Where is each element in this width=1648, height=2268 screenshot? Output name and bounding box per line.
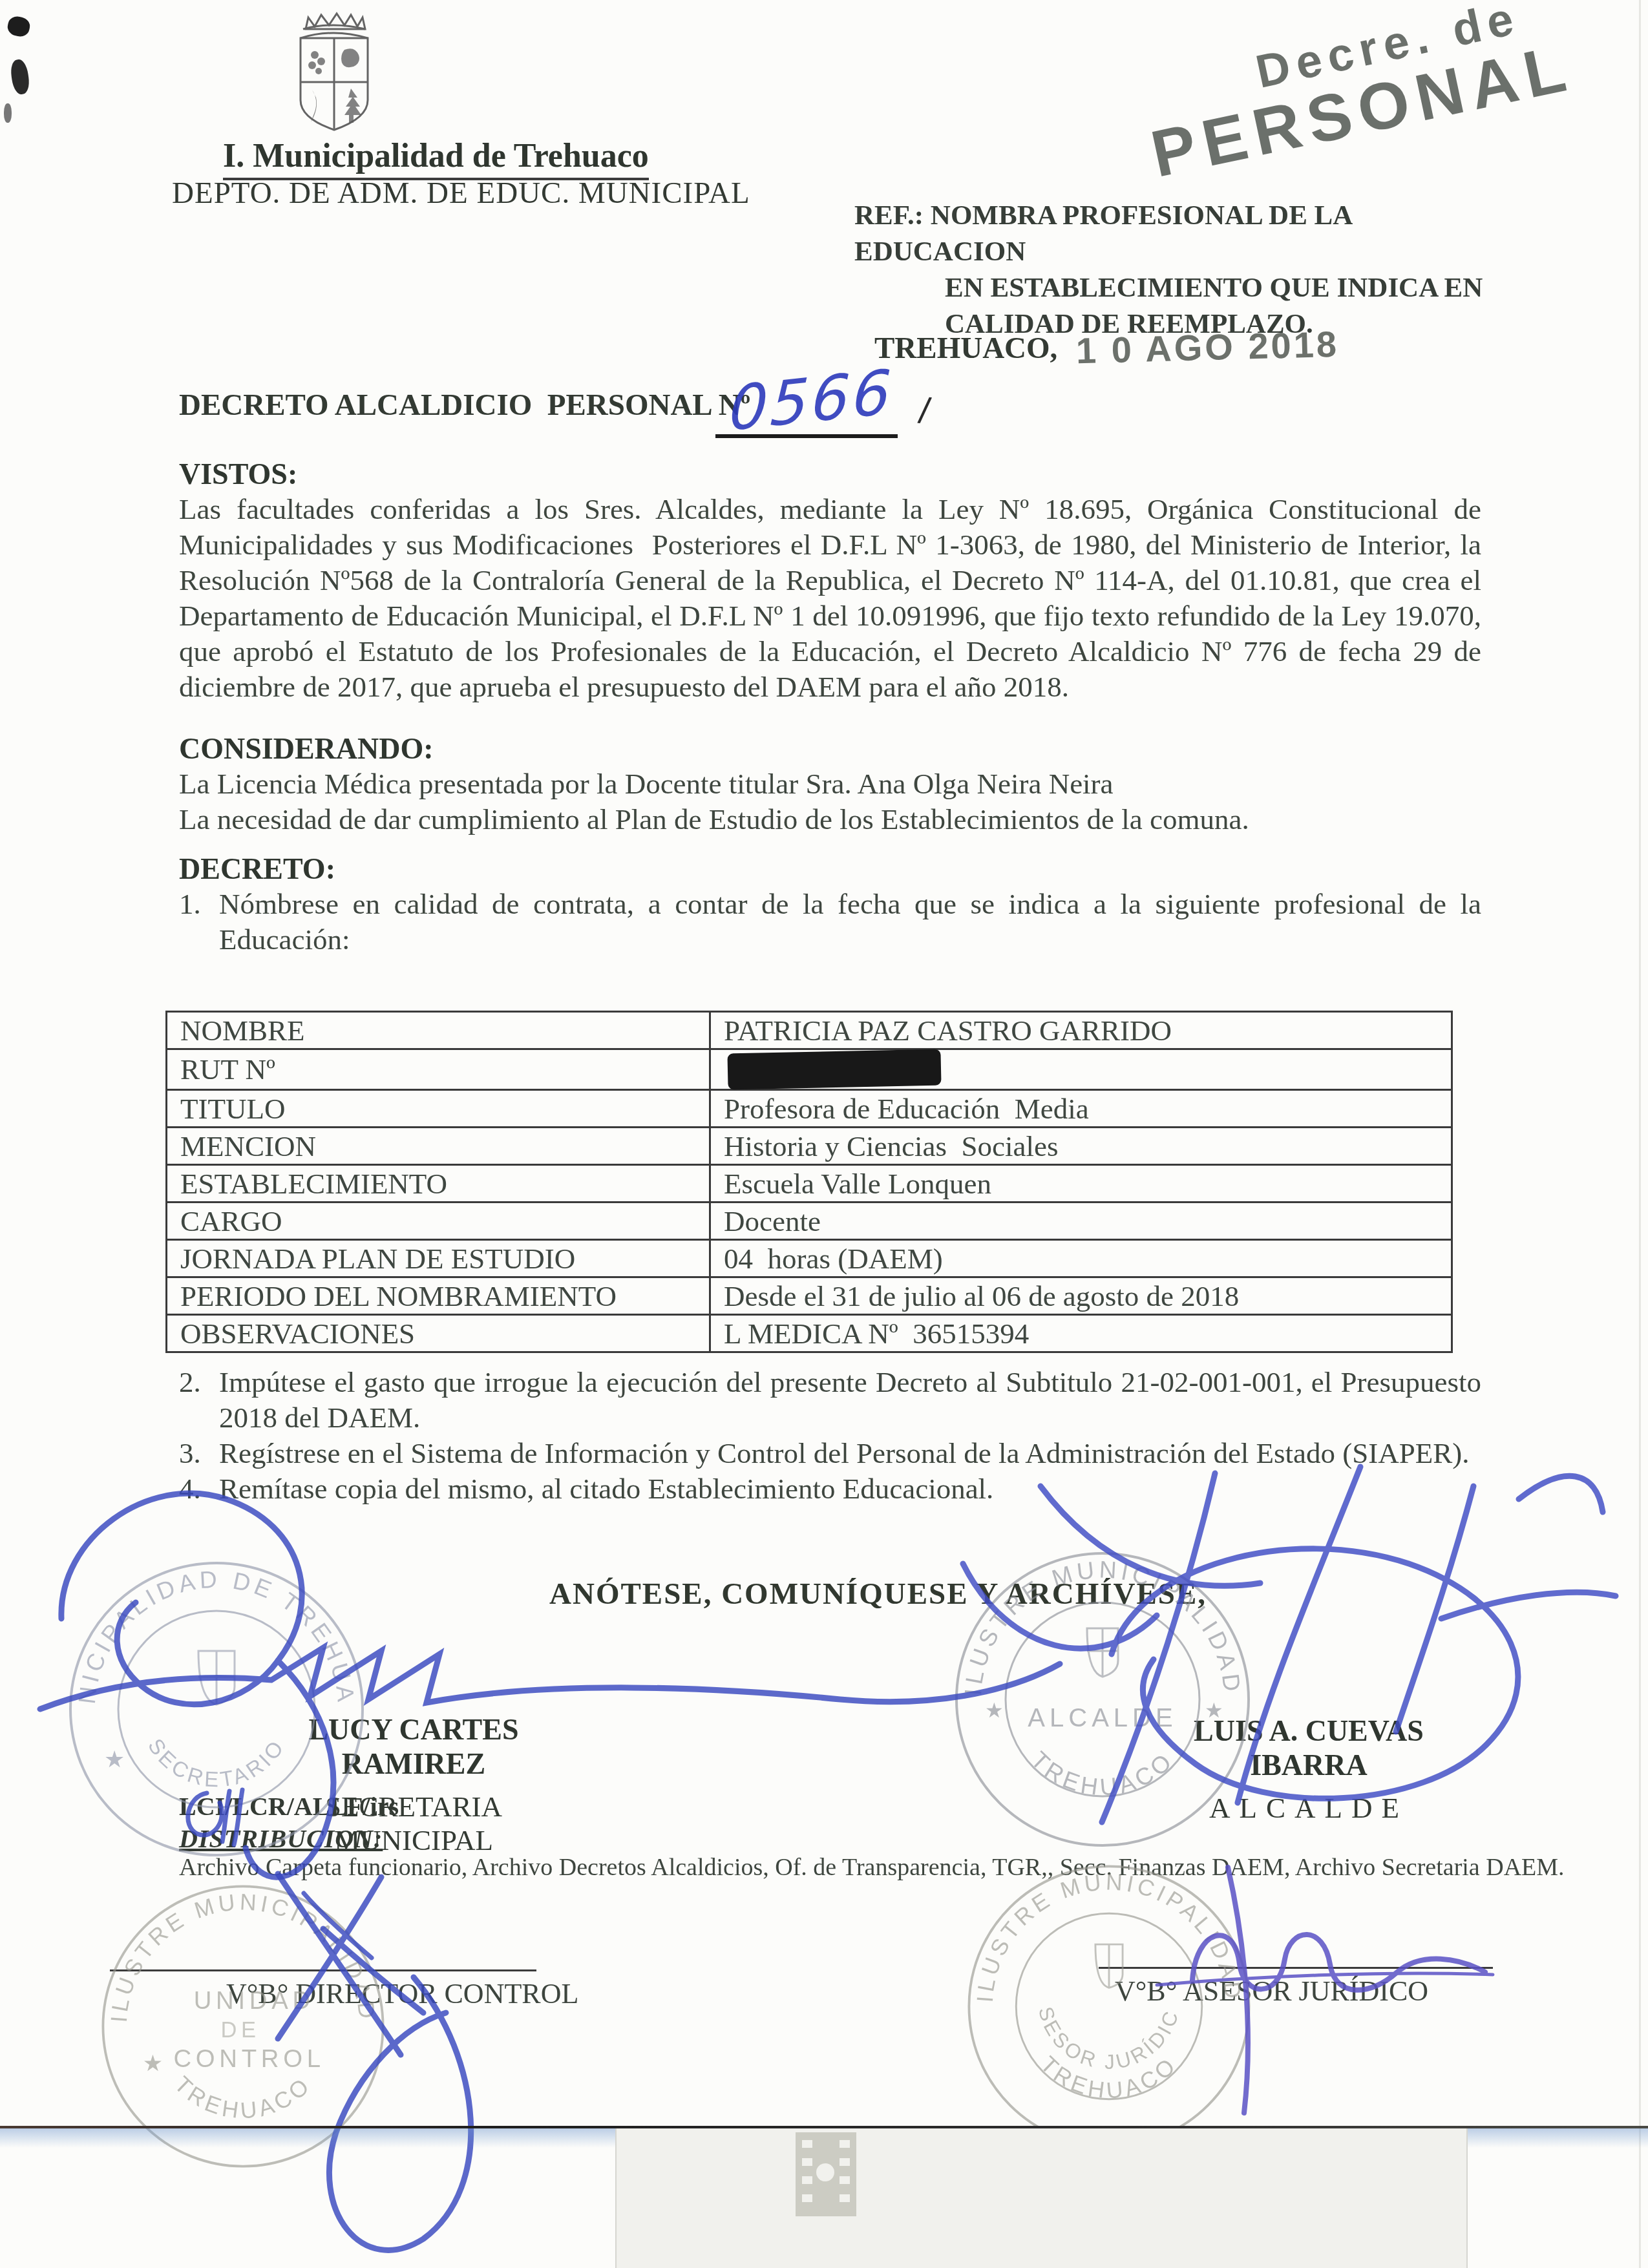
row-value: Escuela Valle Lonquen — [710, 1165, 1452, 1202]
row-label: MENCION — [167, 1128, 710, 1165]
personal-decree-ink-stamp: Decre. de PERSONAL — [1092, 0, 1623, 202]
item-number: 1. — [179, 887, 219, 958]
item-number: 3. — [179, 1436, 219, 1471]
star-icon: ★ — [104, 1747, 125, 1772]
ref-block: REF.: NOMBRA PROFESIONAL DE LA EDUCACION… — [854, 198, 1527, 342]
alcalde-round-stamp: ILUSTRE MUNICIPALIDAD TREHUACO ALCALDE ★… — [947, 1544, 1258, 1854]
decree-items: 2. Impútese el gasto que irrogue la ejec… — [179, 1365, 1481, 1507]
secretario-round-stamp: MUNICIPALIDAD DE TREHUACO SECRETARIO ★ — [61, 1554, 372, 1864]
stamp-arc-bottom: SECRETARIO — [143, 1734, 290, 1792]
row-label: CARGO — [167, 1202, 710, 1240]
decreto-item-2: 2. Impútese el gasto que irrogue la ejec… — [179, 1365, 1481, 1436]
star-icon: ★ — [143, 2052, 163, 2076]
stamp-arc-bottom: TREHUACO — [1026, 1747, 1179, 1801]
table-row: RUT Nº — [167, 1049, 1452, 1090]
row-value: PATRICIA PAZ CASTRO GARRIDO — [710, 1012, 1452, 1049]
svg-text:TREHUACO: TREHUACO — [169, 2071, 317, 2123]
row-label: OBSERVACIONES — [167, 1315, 710, 1352]
star-icon: ★ — [1205, 1699, 1223, 1722]
table-row: PERIODO DEL NOMBRAMIENTO Desde el 31 de … — [167, 1277, 1452, 1315]
row-value: Profesora de Educación Media — [710, 1090, 1452, 1128]
row-label: RUT Nº — [167, 1049, 710, 1090]
row-value: L MEDICA Nº 36515394 — [710, 1315, 1452, 1352]
considerando-line2: La necesidad de dar cumplimiento al Plan… — [179, 802, 1481, 837]
asesor-juridico-round-stamp: ILUSTRE MUNICIPALIDAD TREHUACO ASESOR JU… — [960, 1858, 1258, 2155]
table-row: CARGO Docente — [167, 1202, 1452, 1240]
scan-edge-line — [1639, 0, 1641, 2268]
stamp-arc-top: MUNICIPALIDAD DE TREHUACO — [61, 1554, 359, 1706]
stamp-center-line1: UNIDAD — [194, 1987, 315, 2015]
item-text: Remítase copia del mismo, al citado Esta… — [219, 1471, 1481, 1507]
item-text: Impútese el gasto que irrogue la ejecuci… — [219, 1365, 1481, 1436]
item-text: Regístrese en el Sistema de Información … — [219, 1436, 1481, 1471]
row-label: NOMBRE — [167, 1012, 710, 1049]
municipal-coat-of-arms — [275, 10, 391, 139]
org-name: I. Municipalidad de Trehuaco — [223, 137, 649, 180]
stamp-center-line2: DE — [220, 2018, 260, 2042]
svg-text:MUNICIPALIDAD DE TREHUACO: MUNICIPALIDAD DE TREHUACO — [61, 1554, 359, 1706]
row-value: Docente — [710, 1202, 1452, 1240]
row-value — [710, 1049, 1452, 1090]
row-value: Historia y Ciencias Sociales — [710, 1128, 1452, 1165]
row-label: TITULO — [167, 1090, 710, 1128]
star-icon: ★ — [985, 1699, 1004, 1722]
scan-artifact-mark — [6, 15, 31, 38]
scan-bottom-panel — [615, 2128, 1468, 2268]
decree-number-slash: / — [916, 387, 933, 434]
redacted-rut-bar — [727, 1049, 941, 1090]
svg-text:SECRETARIO: SECRETARIO — [143, 1734, 290, 1792]
appointment-table: NOMBRE PATRICIA PAZ CASTRO GARRIDO RUT N… — [165, 1011, 1453, 1353]
row-label: JORNADA PLAN DE ESTUDIO — [167, 1240, 710, 1277]
decreto-item-3: 3. Regístrese en el Sistema de Informaci… — [179, 1436, 1481, 1471]
handwritten-decree-number: 0566 — [728, 357, 896, 445]
scan-artifact-mark — [4, 103, 12, 123]
ref-line1: REF.: NOMBRA PROFESIONAL DE LA EDUCACION — [854, 200, 1351, 267]
decree-number-label: DECRETO ALCALDICIO PERSONAL Nº — [179, 388, 750, 423]
considerando-heading: CONSIDERANDO: — [179, 731, 1481, 766]
vistos-heading: VISTOS: — [179, 456, 1481, 492]
table-row: TITULO Profesora de Educación Media — [167, 1090, 1452, 1128]
org-dept: DEPTO. DE ADM. DE EDUC. MUNICIPAL — [172, 176, 750, 211]
table-row: OBSERVACIONES L MEDICA Nº 36515394 — [167, 1315, 1452, 1352]
date-ink-stamp: 1 0 AGO 2018 — [1075, 323, 1340, 372]
decree-number-underline — [715, 434, 898, 438]
table-row: ESTABLECIMIENTO Escuela Valle Lonquen — [167, 1165, 1452, 1202]
row-value: Desde el 31 de julio al 06 de agosto de … — [710, 1277, 1452, 1315]
considerando-line1: La Licencia Médica presentada por la Doc… — [179, 766, 1481, 802]
decreto-heading: DECRETO: — [179, 851, 1481, 887]
scan-artifact-mark — [9, 58, 30, 95]
row-label: PERIODO DEL NOMBRAMIENTO — [167, 1277, 710, 1315]
table-row: JORNADA PLAN DE ESTUDIO 04 horas (DAEM) — [167, 1240, 1452, 1277]
decreto-item-4: 4. Remítase copia del mismo, al citado E… — [179, 1471, 1481, 1507]
row-value: 04 horas (DAEM) — [710, 1240, 1452, 1277]
item-number: 2. — [179, 1365, 219, 1436]
stamp-arc-bottom: TREHUACO — [169, 2071, 317, 2123]
decreto-item-1: 1. Nómbrese en calidad de contrata, a co… — [179, 887, 1481, 958]
table-row: MENCION Historia y Ciencias Sociales — [167, 1128, 1452, 1165]
filmstrip-ghost-icon — [784, 2132, 868, 2216]
city-label: TREHUACO, — [874, 331, 1057, 366]
vistos-paragraph: Las facultades conferidas a los Sres. Al… — [179, 492, 1481, 705]
scanned-decree-page: I. Municipalidad de Trehuaco DEPTO. DE A… — [0, 0, 1648, 2268]
svg-text:TREHUACO: TREHUACO — [1026, 1747, 1179, 1801]
stamp-center: ALCALDE — [1028, 1704, 1177, 1732]
decree-body: VISTOS: Las facultades conferidas a los … — [179, 456, 1481, 958]
ref-line2: EN ESTABLECIMIENTO QUE INDICA EN — [854, 270, 1527, 306]
stamp-center-line3: CONTROL — [173, 2045, 324, 2073]
item-text: Nómbrese en calidad de contrata, a conta… — [219, 887, 1481, 958]
item-number: 4. — [179, 1471, 219, 1507]
row-label: ESTABLECIMIENTO — [167, 1165, 710, 1202]
table-row: NOMBRE PATRICIA PAZ CASTRO GARRIDO — [167, 1012, 1452, 1049]
